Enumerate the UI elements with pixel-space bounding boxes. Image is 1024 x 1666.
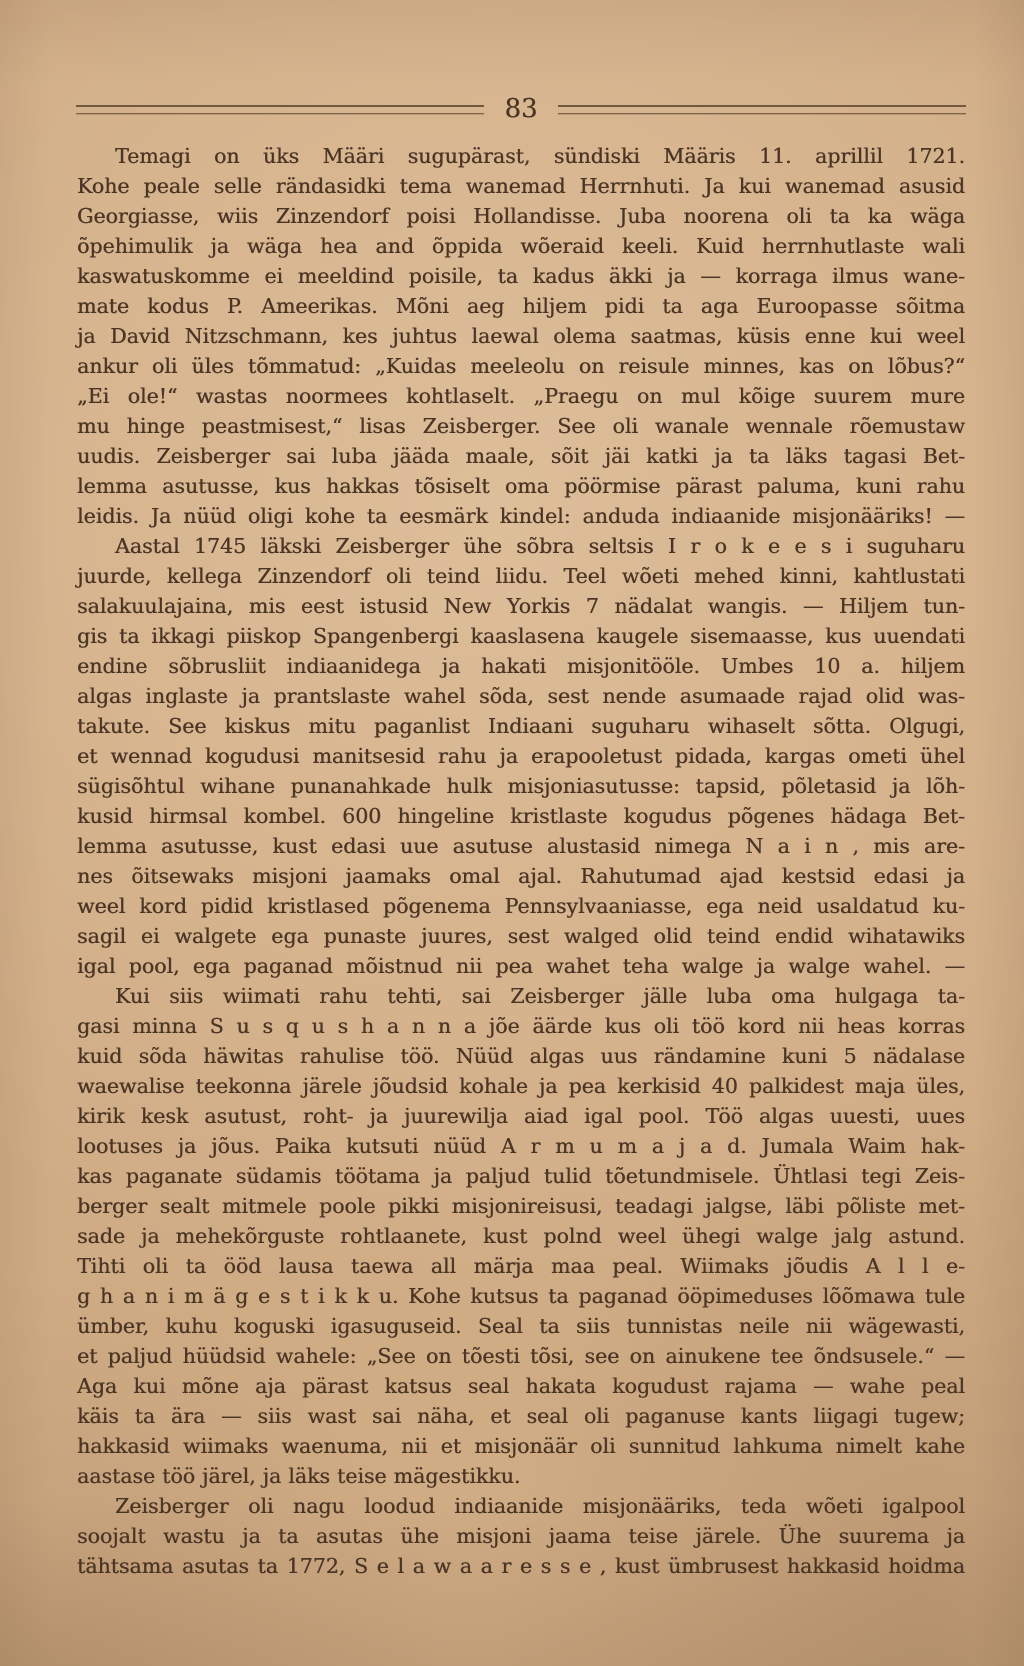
page-header: 83 [76,96,966,122]
text-line: nes õitsewaks misjoni jaamaks omal ajal.… [77,861,965,891]
text-line: kirik kesk asutust, roht- ja juurewilja … [77,1101,965,1131]
text-line: kaswatuskomme ei meeldind poisile, ta ka… [77,261,965,291]
text-line: Aastal 1745 läkski Zeisberger ühe sõbra … [77,531,965,561]
paragraph: Kui siis wiimati rahu tehti, sai Zeisber… [77,981,965,1491]
text-line: Temagi on üks Määri sugupärast, sündiski… [77,141,965,171]
text-line: tähtsama asutas ta 1772, S e l a w a a r… [77,1551,965,1581]
text-line: sade ja mehekõrguste rohtlaanete, kust p… [77,1221,965,1251]
text-line: lootuses ja jõus. Paika kutsuti nüüd A r… [77,1131,965,1161]
header-rule-right [558,105,966,114]
text-line: weel kord pidid kristlased põgenema Penn… [77,891,965,921]
text-line: käis ta ära — siis wast sai näha, et sea… [77,1401,965,1431]
text-line: takute. See kiskus mitu paganlist Indiaa… [77,711,965,741]
text-line: sagil ei walgete ega punaste juures, ses… [77,921,965,951]
text-line: et paljud hüüdsid wahele: „See on tõesti… [77,1341,965,1371]
text-line: hakkasid wiimaks waenuma, nii et misjonä… [77,1431,965,1461]
text-line: berger sealt mitmele poole pikki misjoni… [77,1191,965,1221]
text-line: ümber, kuhu koguski igasuguseid. Seal ta… [77,1311,965,1341]
text-line: et wennad kogudusi manitsesid rahu ja er… [77,741,965,771]
book-page: 83 Temagi on üks Määri sugupärast, sündi… [0,0,1024,1666]
text-line: salakuulajaina, mis eest istusid New Yor… [77,591,965,621]
text-line: ankur oli üles tõmmatud: „Kuidas meeleol… [77,351,965,381]
text-line: igal pool, ega paganad mõistnud nii pea … [77,951,965,981]
paragraph: Zeisberger oli nagu loodud indiaanide mi… [77,1491,965,1581]
text-line: kas paganate südamis töötama ja paljud t… [77,1161,965,1191]
text-line: endine sõbrusliit indiaanidega ja hakati… [77,651,965,681]
text-line: Zeisberger oli nagu loodud indiaanide mi… [77,1491,965,1521]
body-text: Temagi on üks Määri sugupärast, sündiski… [77,141,965,1581]
paragraph: Aastal 1745 läkski Zeisberger ühe sõbra … [77,531,965,981]
text-line: Kui siis wiimati rahu tehti, sai Zeisber… [77,981,965,1011]
text-line: gis ta ikkagi piiskop Spangenbergi kaasl… [77,621,965,651]
page-number: 83 [500,96,541,122]
text-line: leidis. Ja nüüd oligi kohe ta eesmärk ki… [77,501,965,531]
text-line: waewalise teekonna järele jõudsid kohale… [77,1071,965,1101]
text-line: Tihti oli ta ööd lausa taewa all märja m… [77,1251,965,1281]
text-line: lemma asutusse, kust edasi uue asutuse a… [77,831,965,861]
text-line: uudis. Zeisberger sai luba jääda maale, … [77,441,965,471]
text-line: ja David Nitzschmann, kes juhtus laewal … [77,321,965,351]
text-line: mate kodus P. Ameerikas. Mõni aeg hiljem… [77,291,965,321]
text-line: soojalt wastu ja ta asutas ühe misjoni j… [77,1521,965,1551]
text-line: Kohe peale selle rändasidki tema wanemad… [77,171,965,201]
text-line: kuid sõda häwitas rahulise töö. Nüüd alg… [77,1041,965,1071]
text-line: „Ei ole!“ wastas noormees kohtlaselt. „P… [77,381,965,411]
text-line: Aga kui mõne aja pärast katsus seal haka… [77,1371,965,1401]
text-line: õpehimulik ja wäga hea and õppida wõerai… [77,231,965,261]
text-line: mu hinge peastmisest,“ lisas Zeisberger.… [77,411,965,441]
paragraph: Temagi on üks Määri sugupärast, sündiski… [77,141,965,531]
text-line: juurde, kellega Zinzendorf oli teind lii… [77,561,965,591]
text-line: Georgiasse, wiis Zinzendorf poisi Hollan… [77,201,965,231]
text-line: sügisõhtul wihane punanahkade hulk misjo… [77,771,965,801]
text-line: g h a n i m ä g e s t i k k u. Kohe kuts… [77,1281,965,1311]
text-line: gasi minna S u s q u s h a n n a jõe äär… [77,1011,965,1041]
text-line: kusid hirmsal kombel. 600 hingeline kris… [77,801,965,831]
text-line: aastase töö järel, ja läks teise mägesti… [77,1461,965,1491]
header-rule-left [76,105,484,114]
text-line: lemma asutusse, kus hakkas tõsiselt oma … [77,471,965,501]
text-line: algas inglaste ja prantslaste wahel sõda… [77,681,965,711]
